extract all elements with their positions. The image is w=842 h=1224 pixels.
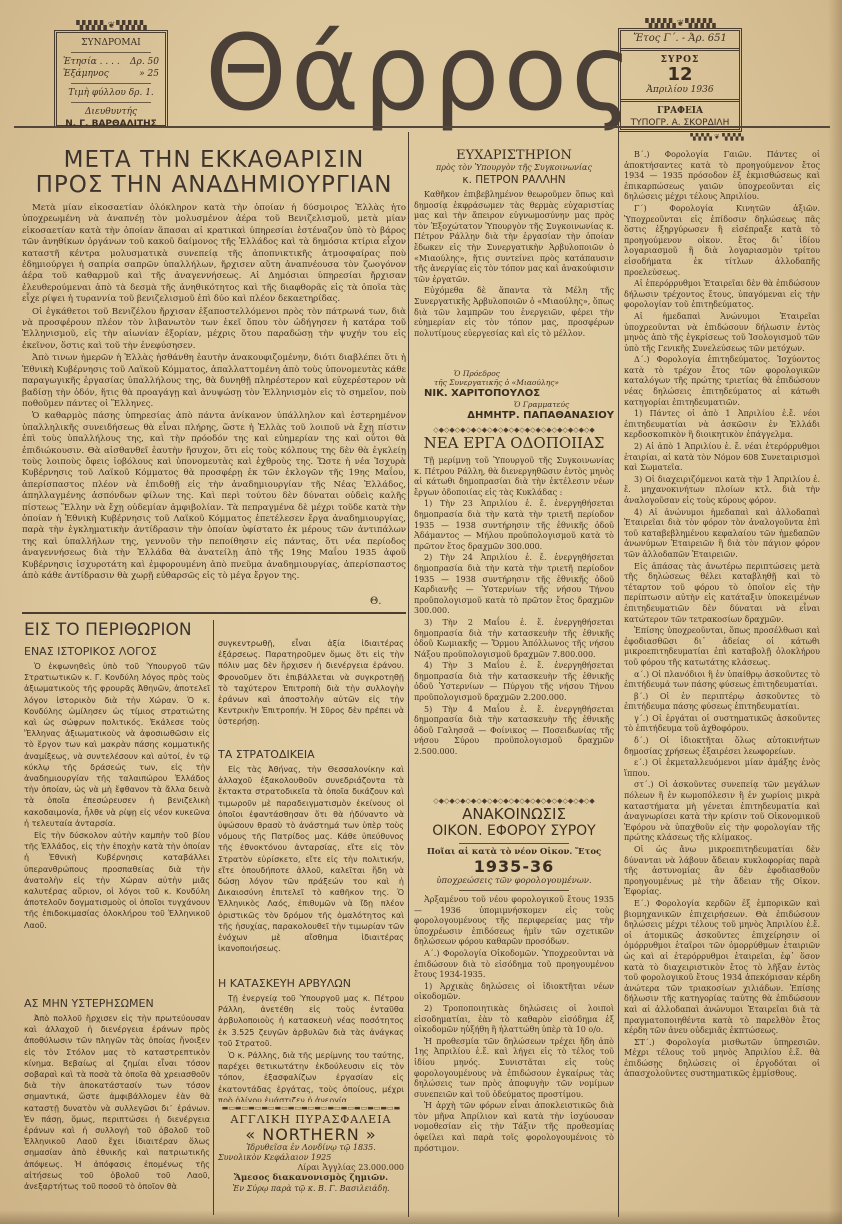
- newspaper-title: Θάρρος: [205, 18, 605, 128]
- road-paragraph: 2) Τὴν 24 Ἀπριλίου ἐ. ἔ. ἐνεργηθήσεται δ…: [414, 553, 614, 617]
- tax-notice-header: ΑΝΑΚΟΙΝΩΣΙΣ ΟΙΚΟΝ. ΕΦΟΡΟΥ ΣΥΡΟΥ Ποῖαι αἱ…: [414, 806, 614, 894]
- tax-paragraph: Εἰς ἁπάσας τὰς ἀνωτέρω περιπτώσεις μετὰ …: [624, 562, 820, 626]
- tax-paragraph: 3) Οἱ διαχειριζόμενοι κατὰ τὴν 1 Ἀπριλίο…: [624, 475, 820, 507]
- article-paragraph: Τῇ ἐνεργείᾳ τοῦ Ὑπουργοῦ μας κ. Πέτρου Ρ…: [218, 993, 404, 1049]
- thanks-title: ΕΥΧΑΡΙΣΤΗΡΙΟΝ: [414, 148, 614, 163]
- margin-section-title: ΕΙΣ ΤΟ ΠΕΡΙΘΩΡΙΟΝ: [24, 620, 192, 640]
- tax-paragraph: Ἡ ἀρχὴ τῶν φόρων εἶναι ἀποκλειστικῶς διὰ…: [414, 1101, 614, 1154]
- issue-day: 12: [621, 66, 739, 84]
- tax-paragraph: στ΄.) Οἱ ἀσκοῦντες συνεπείᾳ τῶν μεγάλων …: [624, 780, 820, 844]
- greek-key-ornament: ▚▚▚▚▚ ❦ ▚▚▚▚▚: [57, 20, 165, 30]
- annual-label: Ἐτησία . . . .: [63, 56, 120, 68]
- tax-paragraph: Α΄.) Φορολογία Οἰκοδομῶν. Ὑποχρεοῦνται ν…: [414, 949, 614, 981]
- tax-paragraph: 1) Πάντες οἱ ἀπὸ 1 Ἀπριλίου ἐ.ἔ. νέοι ἐπ…: [624, 409, 820, 441]
- year-issue: Ἔτος Γ΄. - Ἀρ. 651: [621, 33, 739, 45]
- tax-paragraph: 1) Ἀρχικὰς δηλώσεις οἱ ἰδιοκτῆται νέων ο…: [414, 982, 614, 1003]
- subscription-heading: ΣΥΝΔΡΟΜΑΙ: [57, 37, 165, 49]
- annual-price: Δρ. 50: [130, 56, 159, 68]
- tax-paragraph: 2) Αἱ ἀπὸ 1 Ἀπριλίου ἐ. ἔ. νέαι ἑτερόρρυ…: [624, 442, 820, 474]
- masthead-rule: [14, 126, 830, 128]
- column-rule: [618, 132, 619, 1217]
- thanks-recipient: κ. ΠΕΤΡΟΝ ΡΑΛΛΗΝ: [414, 173, 614, 187]
- courts-martial-article: ΤΑ ΣΤΡΑΤΟΔΙΚΕΙΑ Εἰς τὰς Ἀθήνας, τὴν Θεσσ…: [218, 748, 404, 983]
- article-paragraph: συγκεντρωθῇ, εἶναι ἀξία ἰδιαιτέρας ἐξάρσ…: [218, 638, 404, 728]
- tax-paragraph: Β΄.) Φορολογία Γαιῶν. Πάντες οἱ ἀποκτήσα…: [624, 150, 820, 203]
- road-works-title: ΝΕΑ ΕΡΓΑ ΟΔΟΠΟΙΙΑΣ: [414, 434, 614, 452]
- road-paragraph: Τῇ μερίμνῃ τοῦ Ὑπουργοῦ τῆς Συγκοινωνίας…: [414, 456, 614, 498]
- subscription-box: ▚▚▚▚▚ ❦ ▚▚▚▚▚ ΣΥΝΔΡΟΜΑΙ Ἐτησία . . . . Δ…: [54, 30, 168, 128]
- director-label: Διευθυντής: [57, 106, 165, 118]
- semiannual-price-row: Ἑξάμηνος » 25: [57, 68, 165, 80]
- ad-founded: Ἱδρυθεῖσα ἐν Λονδίνῳ τῷ 1835.: [218, 1143, 404, 1153]
- offices-label: ΓΡΑΦΕΙΑ: [621, 105, 739, 117]
- road-paragraph: 5) Τὴν 4 Μαΐου ἐ. ἔ. ἐνεργηθήσεται δημοπ…: [414, 705, 614, 758]
- article-paragraph: Ὁ κ. Ράλλης, διὰ τῆς μερίμνης του ταύτης…: [218, 1050, 404, 1102]
- lead-paragraph: Μετὰ μίαν εἰκοσαετίαν ὁλόκληρον κατὰ τὴν…: [22, 203, 406, 306]
- tax-paragraph: ε΄.) Οἱ ἐκμεταλλευόμενοι μίαν ἁμάξης ἑνὸ…: [624, 758, 820, 779]
- lead-title-line-1: ΜΕΤΑ ΤΗΝ ΕΚΚΑΘΑΡΙΣΙΝ: [64, 147, 365, 173]
- issue-info-box: ▚▚▚▚▚ ❦ ▚▚▚▚▚ Ἔτος Γ΄. - Ἀρ. 651 ΣΥΡΟΣ 1…: [618, 28, 742, 132]
- section-rule: [22, 612, 406, 614]
- tax-paragraph: Ἡ προθεσμία τῶν δηλώσεων τρέχει ἤδη ἀπὸ …: [414, 1037, 614, 1101]
- article-title: ΑΣ ΜΗΝ ΥΣΤΕΡΗΣΩΜΕΝ: [24, 997, 210, 1011]
- secretary-label: Ὁ Γραμματεύς: [414, 400, 614, 409]
- margin-article-1: ΕΝΑΣ ΙΣΤΟΡΙΚΟΣ ΛΟΓΟΣ Ὁ ἐκφωνηθεὶς ὑπὸ το…: [24, 645, 210, 990]
- tax-paragraph: 2) Τροποποιητικὰς δηλώσεις οἱ λοιποὶ εἰσ…: [414, 1004, 614, 1036]
- insurance-advertisement: ΑΓΓΛΙΚΗ ΠΥΡΑΣΦΑΛΕΙΑ « NORTHERN » Ἱδρυθεῖ…: [218, 1113, 404, 1194]
- lead-signature: Θ.: [370, 596, 381, 607]
- article-paragraph: Ἀπὸ πολλοῦ ἤρχισεν εἰς τὴν πρωτεύουσαν κ…: [24, 1013, 210, 1192]
- tax-paragraph: δ΄.) Οἱ ἰδιοκτῆται ὅλως αὐτοκινήτων δημο…: [624, 736, 820, 757]
- lead-paragraph: Ἀπὸ τινων ἡμερῶν ἡ Ἑλλὰς ἠσθάνθη ἑαυτὴν …: [22, 353, 406, 410]
- road-paragraph: 3) Τὴν 2 Μαΐου ἐ. ἔ. ἐνεργηθήσεται δημοπ…: [414, 618, 614, 660]
- tax-subtitle-2: ὑποχρεώσεις τῶν φορολογουμένων.: [414, 876, 614, 887]
- page-edge-shadow: [828, 0, 842, 1224]
- thanks-notice-header: ΕΥΧΑΡΙΣΤΗΡΙΟΝ πρὸς τὸν Ὑπουργὸν τῆς Συγκ…: [414, 148, 614, 187]
- newspaper-page: ▚▚▚▚▚ ❦ ▚▚▚▚▚ ΣΥΝΔΡΟΜΑΙ Ἐτησία . . . . Δ…: [0, 0, 842, 1224]
- tax-title-1: ΑΝΑΚΟΙΝΩΣΙΣ: [414, 806, 614, 823]
- lead-article-title: ΜΕΤΑ ΤΗΝ ΕΚΚΑΘΑΡΙΣΙΝ ΠΡΟΣ ΤΗΝ ΑΝΑΔΗΜΙΟΥΡ…: [22, 148, 406, 198]
- lead-article-body: Μετὰ μίαν εἰκοσαετίαν ὁλόκληρον κατὰ τὴν…: [22, 203, 406, 591]
- road-works-body: Τῇ μερίμνῃ τοῦ Ὑπουργοῦ τῆς Συγκοινωνίας…: [414, 456, 614, 796]
- president-name: ΝΙΚ. ΧΑΡΙΤΟΠΟΥΛΟΣ: [414, 387, 614, 400]
- thanks-signatures: Ὁ Πρόεδρος τῆς Συνεργατικῆς ὁ «Μιαούλης»…: [414, 369, 614, 422]
- column-rule: [408, 132, 409, 1217]
- thanks-paragraph: Καθῆκον ἐπιβεβλημένον θεωροῦμεν ὅπως καὶ…: [414, 190, 614, 285]
- road-paragraph: 1) Τὴν 23 Ἀπριλίου ἐ. ἔ. ἐνεργηθήσεται δ…: [414, 499, 614, 552]
- tax-title-2: ΟΙΚΟΝ. ΕΦΟΡΟΥ ΣΥΡΟΥ: [414, 823, 614, 840]
- president-org: τῆς Συνεργατικῆς ὁ «Μιαούλης»: [414, 378, 614, 387]
- article-title: Η ΚΑΤΑΣΚΕΥΗ ΑΡΒΥΛΩΝ: [218, 977, 404, 991]
- issue-month-year: Ἀπριλίου 1936: [621, 84, 739, 96]
- tax-paragraph: Ἀρξαμένου τοῦ νέου φορολογικοῦ ἔτους 193…: [414, 895, 614, 948]
- single-copy-price: Τιμὴ φύλλου δρ. 1.: [57, 87, 165, 99]
- tax-paragraph: β΄.) Οἱ ἐν περιπτέρῳ ἀσκοῦντες τὸ ἐπιτήδ…: [624, 692, 820, 713]
- lead-title-line-2: ΠΡΟΣ ΤΗΝ ΑΝΑΔΗΜΙΟΥΡΓΙΑΝ: [36, 172, 393, 198]
- article-paragraph: Εἰς τὰς Ἀθήνας, τὴν Θεσσαλονίκην καὶ ἀλλ…: [218, 764, 404, 954]
- tax-paragraph: Οἱ ὡς ἄνω μικροεπιτηδευματίαι δὲν δύναντ…: [624, 845, 820, 898]
- greek-key-ornament: ▚▚▚▚▚ ❦ ▚▚▚▚▚: [621, 18, 739, 28]
- article-title: ΕΝΑΣ ΙΣΤΟΡΙΚΟΣ ΛΟΓΟΣ: [24, 645, 210, 659]
- tax-paragraph: 4) Αἱ ἀνώνυμοι ἡμεδαπαὶ καὶ ἀλλοδαπαὶ Ἑτ…: [624, 508, 820, 561]
- boots-article: Η ΚΑΤΑΣΚΕΥΗ ΑΡΒΥΛΩΝ Τῇ ἐνεργείᾳ τοῦ Ὑπου…: [218, 977, 404, 1102]
- road-paragraph: 4) Τὴν 3 Μαΐου ἐ. ἔ. ἐνεργηθήσεται δημοπ…: [414, 661, 614, 703]
- tax-paragraph: γ΄.) Οἱ ἐργάται οἱ συστηματικῶς ἀσκοῦντε…: [624, 714, 820, 735]
- annual-price-row: Ἐτησία . . . . Δρ. 50: [57, 56, 165, 68]
- tax-paragraph: Γ΄) Φορολογία Κινητῶν ἀξιῶν. Ὑποχρεοῦντα…: [624, 204, 820, 278]
- tax-notice-body: Ἀρξαμένου τοῦ νέου φορολογικοῦ ἔτους 193…: [414, 895, 614, 1215]
- tax-paragraph: α΄.) Οἱ πλανόδιοι ἢ ἐν ὑπαίθρῳ ἀσκοῦντες…: [624, 670, 820, 691]
- ornamental-rule: ▚▚▚▚ ❦ ▚▚▚▚: [622, 133, 812, 141]
- ad-agent: Ἐν Σύρῳ παρὰ τῷ κ. Β. Γ. Βασιλειάδη.: [218, 1184, 404, 1194]
- thanks-subtitle: πρὸς τὸν Ὑπουργὸν τῆς Συγκοινωνίας: [414, 163, 614, 173]
- tax-continued-body: Β΄.) Φορολογία Γαιῶν. Πάντες οἱ ἀποκτήσα…: [624, 150, 820, 1215]
- thanks-notice-body: Καθῆκον ἐπιβεβλημένον θεωροῦμεν ὅπως καὶ…: [414, 190, 614, 355]
- secretary-name: ΔΗΜΗΤΡ. ΠΑΠΑΘΑΝΑΣΙΟΥ: [414, 409, 614, 422]
- ad-slogan: Ἄμεσος διακανονισμὸς ζημιῶν.: [218, 1173, 404, 1184]
- page-edge-shadow: [0, 1210, 842, 1224]
- ornamental-rule: ◇◆◇◆◇◆◇◆◇◆◇◆◇◆◇◆◇◆◇◆◇◆◇◆◇◆◇◆◇◆: [414, 797, 614, 805]
- ornamental-rule: ◇◆◇◆◇◆◇◆◇◆◇◆◇◆◇◆◇◆◇◆◇◆◇◆◇◆◇◆◇◆: [414, 426, 614, 434]
- margin-article-2: ΑΣ ΜΗΝ ΥΣΤΕΡΗΣΩΜΕΝ Ἀπὸ πολλοῦ ἤρχισεν εἰ…: [24, 997, 210, 1212]
- ad-capital-value: Λίραι Ἀγγλίας 23.000.000: [218, 1163, 404, 1173]
- lead-paragraph: Ὁ καθαρμὸς πάσης ὑπηρεσίας ἀπὸ πάντα ἀνί…: [22, 411, 406, 582]
- column-rule: [213, 620, 214, 1215]
- tax-paragraph: Ε΄.) Φορολογία κερδῶν ἐξ ἐμπορικῶν καὶ β…: [624, 899, 820, 1037]
- fiscal-year: 1935-36: [414, 858, 614, 876]
- director-name: Ν. Γ. ΒΑΡΘΑΛΙΤΗΣ: [57, 118, 165, 130]
- tax-paragraph: ΣΤ΄.) Φορολογία μισθωτῶν ὑπηρεσιῶν. Μέχρ…: [624, 1038, 820, 1080]
- margin-continued: συγκεντρωθῇ, εἶναι ἀξία ἰδιαιτέρας ἐξάρσ…: [218, 638, 404, 748]
- president-label: Ὁ Πρόεδρος: [414, 369, 614, 378]
- lead-paragraph: Οἱ ἐγκάθετοι τοῦ Βενιζέλου ἤρχισαν ἐξαπο…: [22, 307, 406, 353]
- article-paragraph: Εἰς τὴν δύσκολον αὐτὴν καμπὴν τοῦ βίου τ…: [24, 830, 210, 931]
- ad-brand: « NORTHERN »: [218, 1126, 404, 1143]
- semiannual-price: » 25: [139, 68, 159, 80]
- tax-paragraph: Αἱ ἐπερόρρυθμοι Ἑταιρεῖαι δὲν θὰ ἐπιδώσο…: [624, 279, 820, 311]
- tax-paragraph: Αἱ ἡμεδαπαὶ Ἀνώνυμοι Ἑταιρεῖαι ὑποχρεοῦν…: [624, 312, 820, 354]
- tax-paragraph: Ἐπίσης ὑποχρεοῦνται, ὅπως προσέλθωσι καὶ…: [624, 626, 820, 668]
- tax-paragraph: Δ΄.) Φορολογία ἐπιτηδεύματος. Ἰσχύοντος …: [624, 355, 820, 408]
- ornamental-rule: ▬▭▬▭▬▭▬▭▬▭▬▭▬▭▬▭▬▭▬▭▬▭▬▭▬▭▬: [218, 1104, 404, 1112]
- ad-capital-label: Συνολικὸν Κεφάλαιον 1925: [218, 1153, 404, 1163]
- thanks-paragraph: Εὐχόμεθα δὲ ἅπαντα τὰ Μέλη τῆς Συνεργατι…: [414, 286, 614, 339]
- semiannual-label: Ἑξάμηνος: [63, 68, 109, 80]
- article-paragraph: Ὁ ἐκφωνηθεὶς ὑπὸ τοῦ Ὑπουργοῦ τῶν Στρατι…: [24, 661, 210, 829]
- article-title: ΤΑ ΣΤΡΑΤΟΔΙΚΕΙΑ: [218, 748, 404, 762]
